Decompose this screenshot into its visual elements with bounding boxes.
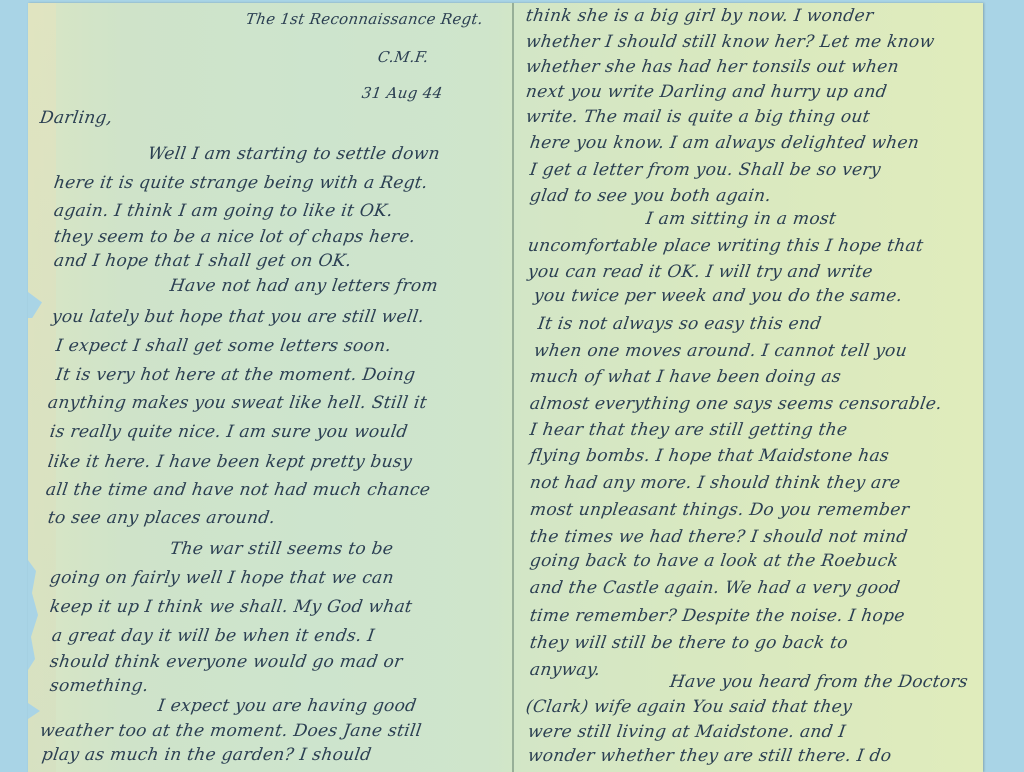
letter-line: going on fairly well I hope that we can — [49, 568, 396, 588]
letter-line: I get a letter from you. Shall be so ver… — [529, 160, 883, 180]
letter-line: It is very hot here at the moment. Doing — [55, 365, 417, 385]
letter-line: write. The mail is quite a big thing out — [525, 107, 872, 127]
letter-line: a great day it will be when it ends. I — [51, 626, 376, 646]
letter-postal-address: C.M.F. — [377, 48, 430, 66]
letter-line: you lately but hope that you are still w… — [51, 307, 426, 327]
letter-line: think she is a big girl by now. I wonder — [525, 6, 875, 26]
letter-line: anything makes you sweat like hell. Stil… — [47, 393, 429, 413]
letter-line: I hear that they are still getting the — [529, 420, 849, 440]
letter-line: It is not always so easy this end — [537, 314, 823, 334]
letter-line: here you know. I am always delighted whe… — [529, 133, 921, 153]
letter-line: uncomfortable place writing this I hope … — [527, 236, 925, 256]
letter-right-page: think she is a big girl by now. I wonder… — [510, 0, 950, 769]
letter-line: time remember? Despite the noise. I hope — [529, 606, 906, 626]
letter-line: glad to see you both again. — [529, 186, 773, 206]
letter-line: you twice per week and you do the same. — [533, 286, 904, 306]
letter-date: 31 Aug 44 — [361, 84, 444, 102]
letter-line: and I hope that I shall get on OK. — [53, 251, 353, 271]
letter-line: like it here. I have been kept pretty bu… — [47, 452, 414, 472]
letter-line: I expect I shall get some letters soon. — [55, 336, 393, 356]
letter-line: anyway. — [529, 660, 602, 680]
letter-line: the times we had there? I should not min… — [529, 527, 909, 547]
letter-line: most unpleasant things. Do you remember — [529, 500, 911, 520]
letter-salutation: Darling, — [39, 108, 114, 128]
letter-line: they seem to be a nice lot of chaps here… — [53, 227, 417, 247]
letter-line: I am sitting in a most — [645, 209, 838, 229]
letter-line: wonder whether they are still there. I d… — [527, 746, 893, 766]
letter-line: keep it up I think we shall. My God what — [49, 597, 414, 617]
letter-unit-address: The 1st Reconnaissance Regt. — [245, 10, 485, 28]
letter-line: again. I think I am going to like it OK. — [53, 201, 395, 221]
letter-line: play as much in the garden? I should — [41, 745, 373, 765]
letter-line: next you write Darling and hurry up and — [525, 82, 889, 102]
letter-line: all the time and have not had much chanc… — [45, 480, 432, 500]
letter-line: were still living at Maidstone. and I — [527, 722, 847, 742]
letter-line: Well I am starting to settle down — [147, 144, 442, 164]
letter-line: should think everyone would go mad or — [49, 652, 404, 672]
letter-line: The war still seems to be — [169, 539, 395, 559]
letter-line: you can read it OK. I will try and write — [527, 262, 874, 282]
letter-line: much of what I have been doing as — [529, 367, 843, 387]
letter-line: (Clark) wife again You said that they — [525, 697, 854, 717]
letter-line: is really quite nice. I am sure you woul… — [49, 422, 410, 442]
letter-line: here it is quite strange being with a Re… — [53, 173, 430, 193]
letter-left-page: The 1st Reconnaissance Regt. C.M.F. 31 A… — [30, 0, 480, 769]
letter-line: I expect you are having good — [157, 696, 418, 716]
letter-line: they will still be there to go back to — [529, 633, 850, 653]
letter-line: not had any more. I should think they ar… — [529, 473, 902, 493]
letter-line: going back to have a look at the Roebuck — [529, 551, 900, 571]
letter-line: almost everything one says seems censora… — [529, 394, 944, 414]
letter-line: Have you heard from the Doctors — [669, 672, 970, 692]
letter-line: whether I should still know her? Let me … — [525, 32, 936, 52]
letter-line: Have not had any letters from — [169, 276, 440, 296]
letter-line: flying bombs. I hope that Maidstone has — [529, 446, 891, 466]
letter-line: and the Castle again. We had a very good — [529, 578, 902, 598]
letter-line: when one moves around. I cannot tell you — [533, 341, 909, 361]
letter-line: something. — [49, 676, 150, 696]
letter-line: whether she has had her tonsils out when — [525, 57, 901, 77]
letter-line: weather too at the moment. Does Jane sti… — [39, 721, 423, 741]
letter-line: to see any places around. — [47, 508, 277, 528]
